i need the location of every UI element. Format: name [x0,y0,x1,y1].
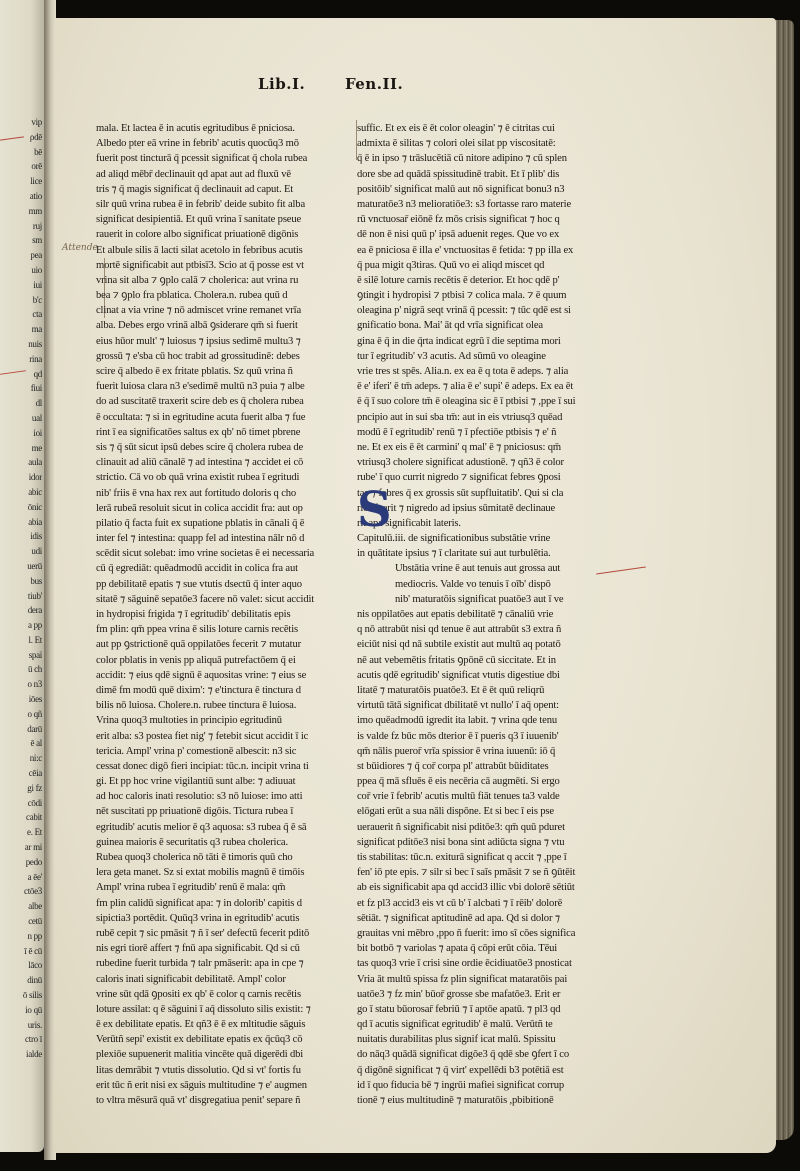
text-line: guinea maioris ē securitatis q3 rubea ch… [96,835,332,850]
fragment-line: l. Et [0,633,42,648]
fragment-line: dera [0,603,42,618]
left-text-column: mala. Et lactea ē in acutis egritudibus … [96,121,332,1108]
fragment-line: me [0,441,42,456]
text-line: ē ex debilitate epatis. Et qñ3 ē ē ex ml… [96,1017,332,1032]
fragment-line: a ēe' [0,870,42,885]
fragment-line: pea [0,248,42,263]
text-line: erit tūc ñ erit nisi ex sāguis multitudi… [96,1078,332,1093]
text-line: to vltra mēsurā quā vt' disgregatiua pen… [96,1093,332,1108]
text-line: lerā rubeā resoluit sicut in colica acci… [96,501,332,516]
text-line: id ī quo fiducia bē ⁊ ingrūi mafiei sign… [357,1078,613,1093]
text-line: maturatōe3 n3 melioratiōe3: s3 fortasse … [357,197,613,212]
text-line: tis stabilitas: tūc.n. exiturā significa… [357,850,613,865]
text-line: go ī statu būorosar̄ febriū ⁊ ī aptōe ap… [357,1002,613,1017]
fragment-line: ual [0,411,42,426]
text-line: rit apa significabit lateris. [357,516,613,531]
text-line: et fz pl3 accid3 eis vt cū b' ī alcbati … [357,896,613,911]
text-line: q nō attrabūt nisi qd tenue ē aut attrab… [357,622,613,637]
text-line: acutis qdē egritudib' significat vtutis … [357,668,613,683]
marginal-note-attende: Attende [62,243,98,253]
text-line: do nāq3 quādā significat digōe3 q̄ qdē s… [357,1047,613,1062]
text-line: Et albule silis ā lacti silat acetolo in… [96,243,332,258]
text-line: ne. Et ex eis ē ēt carmini' q mal' ē ⁊ p… [357,440,613,455]
text-line: admixta ē silitas ⁊ colori olei silat pp… [357,136,613,151]
text-line: nis egri tiorē affert ⁊ fnū apa signific… [96,941,332,956]
fragment-line: iui [0,278,42,293]
text-line: rint ī ea significatōes saltus ex qb' nō… [96,425,332,440]
fragment-line: uris. [0,1018,42,1033]
text-line: bea ⁊ ꝯplo fra pblatica. Cholera.n. rube… [96,288,332,303]
text-line: tericia. Ampl' vrina p' comestionē albes… [96,744,332,759]
text-line: is valde fz būc mōs dterior ē ī pueris q… [357,729,613,744]
fragment-line: fiui [0,381,42,396]
text-line: nēt suscitati pp priuationē digōis. Tict… [96,804,332,819]
fragment-line: nuis [0,337,42,352]
fragment-line: e. Et [0,825,42,840]
text-line: elōgati erūt a sua nāli dispōne. Et si b… [357,804,613,819]
fragment-line: cēia [0,766,42,781]
fragment-line: bē [0,145,42,160]
text-line: bilis nō luiosa. Cholere.n. rubee tinctu… [96,698,332,713]
text-line: gnificatio bona. Mai' āt qd vrīa signifi… [357,318,613,333]
fragment-line: idis [0,529,42,544]
fragment-line: tiub' [0,589,42,604]
fragment-line: ē al [0,736,42,751]
text-line: virtutū tātā significat dbilitatē vt nul… [357,698,613,713]
fragment-line: albe [0,899,42,914]
text-line: ē q̄ ī suo colore tm̄ ē oleagina sic ē ī… [357,394,613,409]
fragment-line: ōnic [0,500,42,515]
text-line: Vrina quoq3 multoties in principio egrit… [96,713,332,728]
text-line: nib' maturatōis significat puatōe3 aut ī… [357,592,613,607]
fragment-line: a pp [0,618,42,633]
text-line: dore sbe ad quādā spissitudinē trabit. E… [357,167,613,182]
text-line: fuerit post tincturā q̄ pcessit signific… [96,151,332,166]
text-line: do ad suscitatē traxerit scire deb es q̄… [96,394,332,409]
fragment-line: cabit [0,810,42,825]
left-page-edge: vipρdēbēorēliceatiommrujsmpeauioiuib'cct… [0,0,44,1152]
text-line: vrina sit alba ⁊ ꝯplo calā ⁊ cholerica: … [96,273,332,288]
fragment-line: ma [0,322,42,337]
text-line: rauerit in colore albo significat priuat… [96,227,332,242]
text-line: modū ē ī egritudib' renū ⁊ ī pfectiōe pt… [357,425,613,440]
text-line: gina ē q̄ in die q̄rta indicat egrū ī di… [357,334,613,349]
text-line: ea ē pniciosa ē illa e' vnctuositas ē fe… [357,243,613,258]
text-line: dē non ē nisi quū p' ipsā aduenit reges.… [357,227,613,242]
text-line: significat pditōe3 nisi bona sint adiūct… [357,835,613,850]
text-line: pp debilitatē epatis ⁊ sue vtutis dsectū… [96,577,332,592]
text-line: imo quēadmodū igredit ita labit. ⁊ vrina… [357,713,613,728]
text-line: uatōe3 ⁊ fz min' būor̄ grosse sbe mafatō… [357,987,613,1002]
left-page-text-fragments: vipρdēbēorēliceatiommrujsmpeauioiuib'cct… [0,115,42,1062]
fragment-line: rina [0,352,42,367]
fragment-line: orē [0,159,42,174]
fragment-line: dinū [0,973,42,988]
fragment-line: io qū [0,1003,42,1018]
text-line: strictio. Cā vo ob quā vrina existit rub… [96,470,332,485]
text-line: qd ī acutis significat egritudib' ē malū… [357,1017,613,1032]
text-line: in quātitate ipsius ⁊ ī claritate sui au… [357,546,613,561]
text-line: ppea q̄ mā sfluēs ē eis necēria cā augmē… [357,774,613,789]
fragment-line: n pp [0,929,42,944]
text-line: ꝯtingit i hydropisi ⁊ ptbisi ⁊ colica ma… [357,288,613,303]
fragment-line: uio [0,263,42,278]
fragment-line: sm [0,233,42,248]
text-line: q̄ digōnē significat ⁊ q̄ virt' expellēd… [357,1063,613,1078]
text-line: loture assilat: q ē sāguini ī aq̄ dissol… [96,1002,332,1017]
text-line: positōib' significat malū aut nō signifi… [357,182,613,197]
text-line: fuerit luiosa clara n3 e'sedimē multū n3… [96,379,332,394]
text-line: Albedo pter eā vrine in febrib' acutis q… [96,136,332,151]
fragment-line: abic [0,485,42,500]
text-line: grauitas vni mēbro ,ppo ñ fuerit: imo sī… [357,926,613,941]
text-line: q̄ ē in ipso ⁊ trāslucētiā cū nitore adi… [357,151,613,166]
text-line: scēdit sicut solebat: imo vrine societas… [96,546,332,561]
text-line: Ubstātia vrine ē aut tenuis aut grossa a… [357,561,613,576]
text-line: rubedine fuerit turbida ⁊ talr pmāserit:… [96,956,332,971]
text-line: clinauit ad aliū cānalē ⁊ ad intestina ⁊… [96,455,332,470]
running-head: Lib.I. Fen.II. [258,75,437,93]
text-line: lera geta manet. Sz si extat mobilis mag… [96,865,332,880]
right-text-column: suffic. Et ex eis ē ēt color oleagin' ⁊ … [357,121,613,1108]
text-line: rū vnctuosar̄ eiōnē fz mōs crisis signif… [357,212,613,227]
running-head-fen: Fen.II. [345,75,403,93]
text-line: st būidiores ⁊ q̄ cor̄ corpa pl' attrabū… [357,759,613,774]
text-line: vrine sūt qdā ꝯpositi ex qb' ē color q c… [96,987,332,1002]
text-line: significat desipientiā. Et quū vrina ī s… [96,212,332,227]
fragment-line: aula [0,455,42,470]
fragment-line: o qñ [0,707,42,722]
text-line: in hydropisi frigida ⁊ ī egritudib' debi… [96,607,332,622]
text-line: litas demrābit ⁊ vtutis dissolutio. Qd s… [96,1063,332,1078]
text-line: grossū ⁊ e'sba cū hoc trabit ad grossitu… [96,349,332,364]
fragment-line: abia [0,515,42,530]
text-line: dimē fm modū quē dixim': ⁊ e'tinctura ē … [96,683,332,698]
text-line: tris ⁊ q̄ magis significat q̄ declinauit… [96,182,332,197]
fragment-line: gi fz [0,781,42,796]
fragment-line: udi [0,544,42,559]
text-line: gi. Et pp hoc vrine vigilantiū sunt albe… [96,774,332,789]
text-line: tas ⁊ febres q̄ ex grossis sūt supfluita… [357,486,613,501]
text-line: plexiōe supuenerit malitia vincēte quā d… [96,1047,332,1062]
text-line: ad aliqd mēbr̄ declinauit qd apat aut ad… [96,167,332,182]
text-line: fm plin calidū significat apa: ⁊ in dolo… [96,896,332,911]
fragment-line: lice [0,174,42,189]
text-line: ad hoc caloris inati resolutio: s3 nō lu… [96,789,332,804]
text-line: clinat a via vrine ⁊ nō admiscet vrine r… [96,303,332,318]
text-line: alba. Debes ergo vrinā albā ꝯsiderare qm… [96,318,332,333]
text-line: mediocris. Valde vo tenuis ī oīb' dispō [357,577,613,592]
text-line: Rubea quoq3 cholerica nō tāti ē timoris … [96,850,332,865]
fragment-line: pedo [0,855,42,870]
text-line: ē e' iferi' ē tm̄ adeps. ⁊ alia ē e' sup… [357,379,613,394]
text-line: sis ⁊ q̄ sūt sicut ipsū debes scire q̄ c… [96,440,332,455]
fragment-line: darū [0,722,42,737]
fragment-line: ū ch [0,662,42,677]
text-line: ē silē loture carnis recētis ē deterior.… [357,273,613,288]
fragment-line: b'c [0,293,42,308]
text-line: q̄ pua migit q3tiras. Quū vo ei aliqd mi… [357,258,613,273]
fragment-line: spaï [0,648,42,663]
text-line: rior fuerit ⁊ nigredo ad ipsius sūmitatē… [357,501,613,516]
fragment-line: ī ē cū [0,944,42,959]
fragment-line: vip [0,115,42,130]
text-line: Vria āt multū spissa fz plin significat … [357,972,613,987]
text-line: color pblatis in venis pp aliquā putrefa… [96,653,332,668]
text-line: cor̄ vrie ī febrib' acutis multū fiāt te… [357,789,613,804]
text-line: tur ī egritudib' v3 acutis. Ad sūmū vo o… [357,349,613,364]
fragment-line: ruj [0,219,42,234]
text-line: cū q̄ egrediāt: quēadmodū accidit in col… [96,561,332,576]
fragment-line: dl [0,396,42,411]
fragment-line: o n3 [0,677,42,692]
text-line: vrie tres st spēs. Alia.n. ex ea ē q tot… [357,364,613,379]
text-line: oleagina p' nigrā seqt vrinā q̄ pcessit:… [357,303,613,318]
fragment-line: cta [0,307,42,322]
text-line: Capitulū.iii. de significationibus subst… [357,531,613,546]
fragment-line: mm [0,204,42,219]
text-line: uerauerit ñ significabit nisi pditōe3: q… [357,820,613,835]
text-line: qm̄ nālis pueror̄ vrīa spissior ē vrina … [357,744,613,759]
text-line: aut pp ꝯstrictionē quā oppilatōes feceri… [96,637,332,652]
text-line: Ampl' vrina rubea ī egritudib' renū ē ma… [96,880,332,895]
text-line: silr quū vrina rubea ē in febrib' deide … [96,197,332,212]
text-line: accidit: ⁊ eius qdē signū ē aquositas vr… [96,668,332,683]
fragment-line: iōes [0,692,42,707]
text-line: mala. Et lactea ē in acutis egritudibus … [96,121,332,136]
text-line: rubē cepit ⁊ sic pmāsit ⁊ ñ ī ser' defec… [96,926,332,941]
text-line: eius hūor mult' ⁊ luiosus ⁊ ipsius sedim… [96,334,332,349]
fragment-line: bus [0,574,42,589]
text-line: nuitatis durabilitas plus signif icat ma… [357,1032,613,1047]
text-line: sitatē ⁊ sāguinē sepatōe3 facere nō vale… [96,592,332,607]
text-line: egritudib' acutis melior ē q3 aquosa: s3… [96,820,332,835]
text-line: bit botbō ⁊ variolas ⁊ apata q̄ cōpi erū… [357,941,613,956]
decorated-initial-s: S [357,487,391,533]
text-line: erit alba: s3 postea fiet nig' ⁊ fetebit… [96,729,332,744]
text-line: rube' ī quo currit nigredo ⁊ significat … [357,470,613,485]
text-line: tas quoq3 vrie ī crisi sine ordie ēcidiu… [357,956,613,971]
text-line: fm plin: qm̄ ppea vrina ē silis loture c… [96,622,332,637]
fragment-line: ctōe3 [0,884,42,899]
fragment-line: lāco [0,958,42,973]
fragment-line: ioi [0,426,42,441]
text-line: nē aut vebemētis fritatis ꝯpōnē cū sicci… [357,653,613,668]
text-line: inter fel ⁊ intestina: quapp fel ad inte… [96,531,332,546]
text-line: mortē significabit aut ptbisī3. Scio at … [96,258,332,273]
text-line: Verūtñ sepi' existit ex debilitate epati… [96,1032,332,1047]
text-line: sētiāt. ⁊ significat aptitudinē ad apa. … [357,911,613,926]
text-line: caloris inati significabit debilitatē. A… [96,972,332,987]
text-line: scire q̄ albedo ē ex fritate pblatis. Sz… [96,364,332,379]
fragment-line: cetū [0,914,42,929]
fragment-line: atio [0,189,42,204]
text-line: cessat donec digō fieri incipiat: tūc.n.… [96,759,332,774]
fragment-line: uerū [0,559,42,574]
text-line: ab eis significabit apa qd accid3 illic … [357,880,613,895]
running-head-book: Lib.I. [258,75,305,93]
text-line: suffic. Et ex eis ē ēt color oleagin' ⁊ … [357,121,613,136]
text-line: fen' iō pte epis. ⁊ silr si bec ī saīs p… [357,865,613,880]
text-line: litatē ⁊ maturatōis puatōe3. Et ē ēt quū… [357,683,613,698]
fragment-line: ō silis [0,988,42,1003]
text-line: pilatio q̄ facta fuit ex supatione pblat… [96,516,332,531]
fragment-line: idor [0,470,42,485]
text-line: eiciūt nisi qd nā subtile existit aut mu… [357,637,613,652]
fragment-line: cōdi [0,796,42,811]
fragment-line: ni:c [0,751,42,766]
text-line: vtriusq3 cholere significat adustionē. ⁊… [357,455,613,470]
fragment-line: ialde [0,1047,42,1062]
text-line: sipictia3 portēdit. Quūq3 vrina in egrit… [96,911,332,926]
fragment-line: ar mi [0,840,42,855]
fragment-line: ctro ī [0,1032,42,1047]
text-line: pncipio aut in sui sba tm̄: aut in eis v… [357,410,613,425]
text-line: nis oppilatōes aut epatis debilitatē ⁊ c… [357,607,613,622]
text-line: tionē ⁊ eius multitudinē ⁊ maturatōis ,p… [357,1093,613,1108]
text-line: nib' friis ē vna hax rex aut fortitudo d… [96,486,332,501]
text-line: ē occultata: ⁊ si in egritudine acuta fu… [96,410,332,425]
